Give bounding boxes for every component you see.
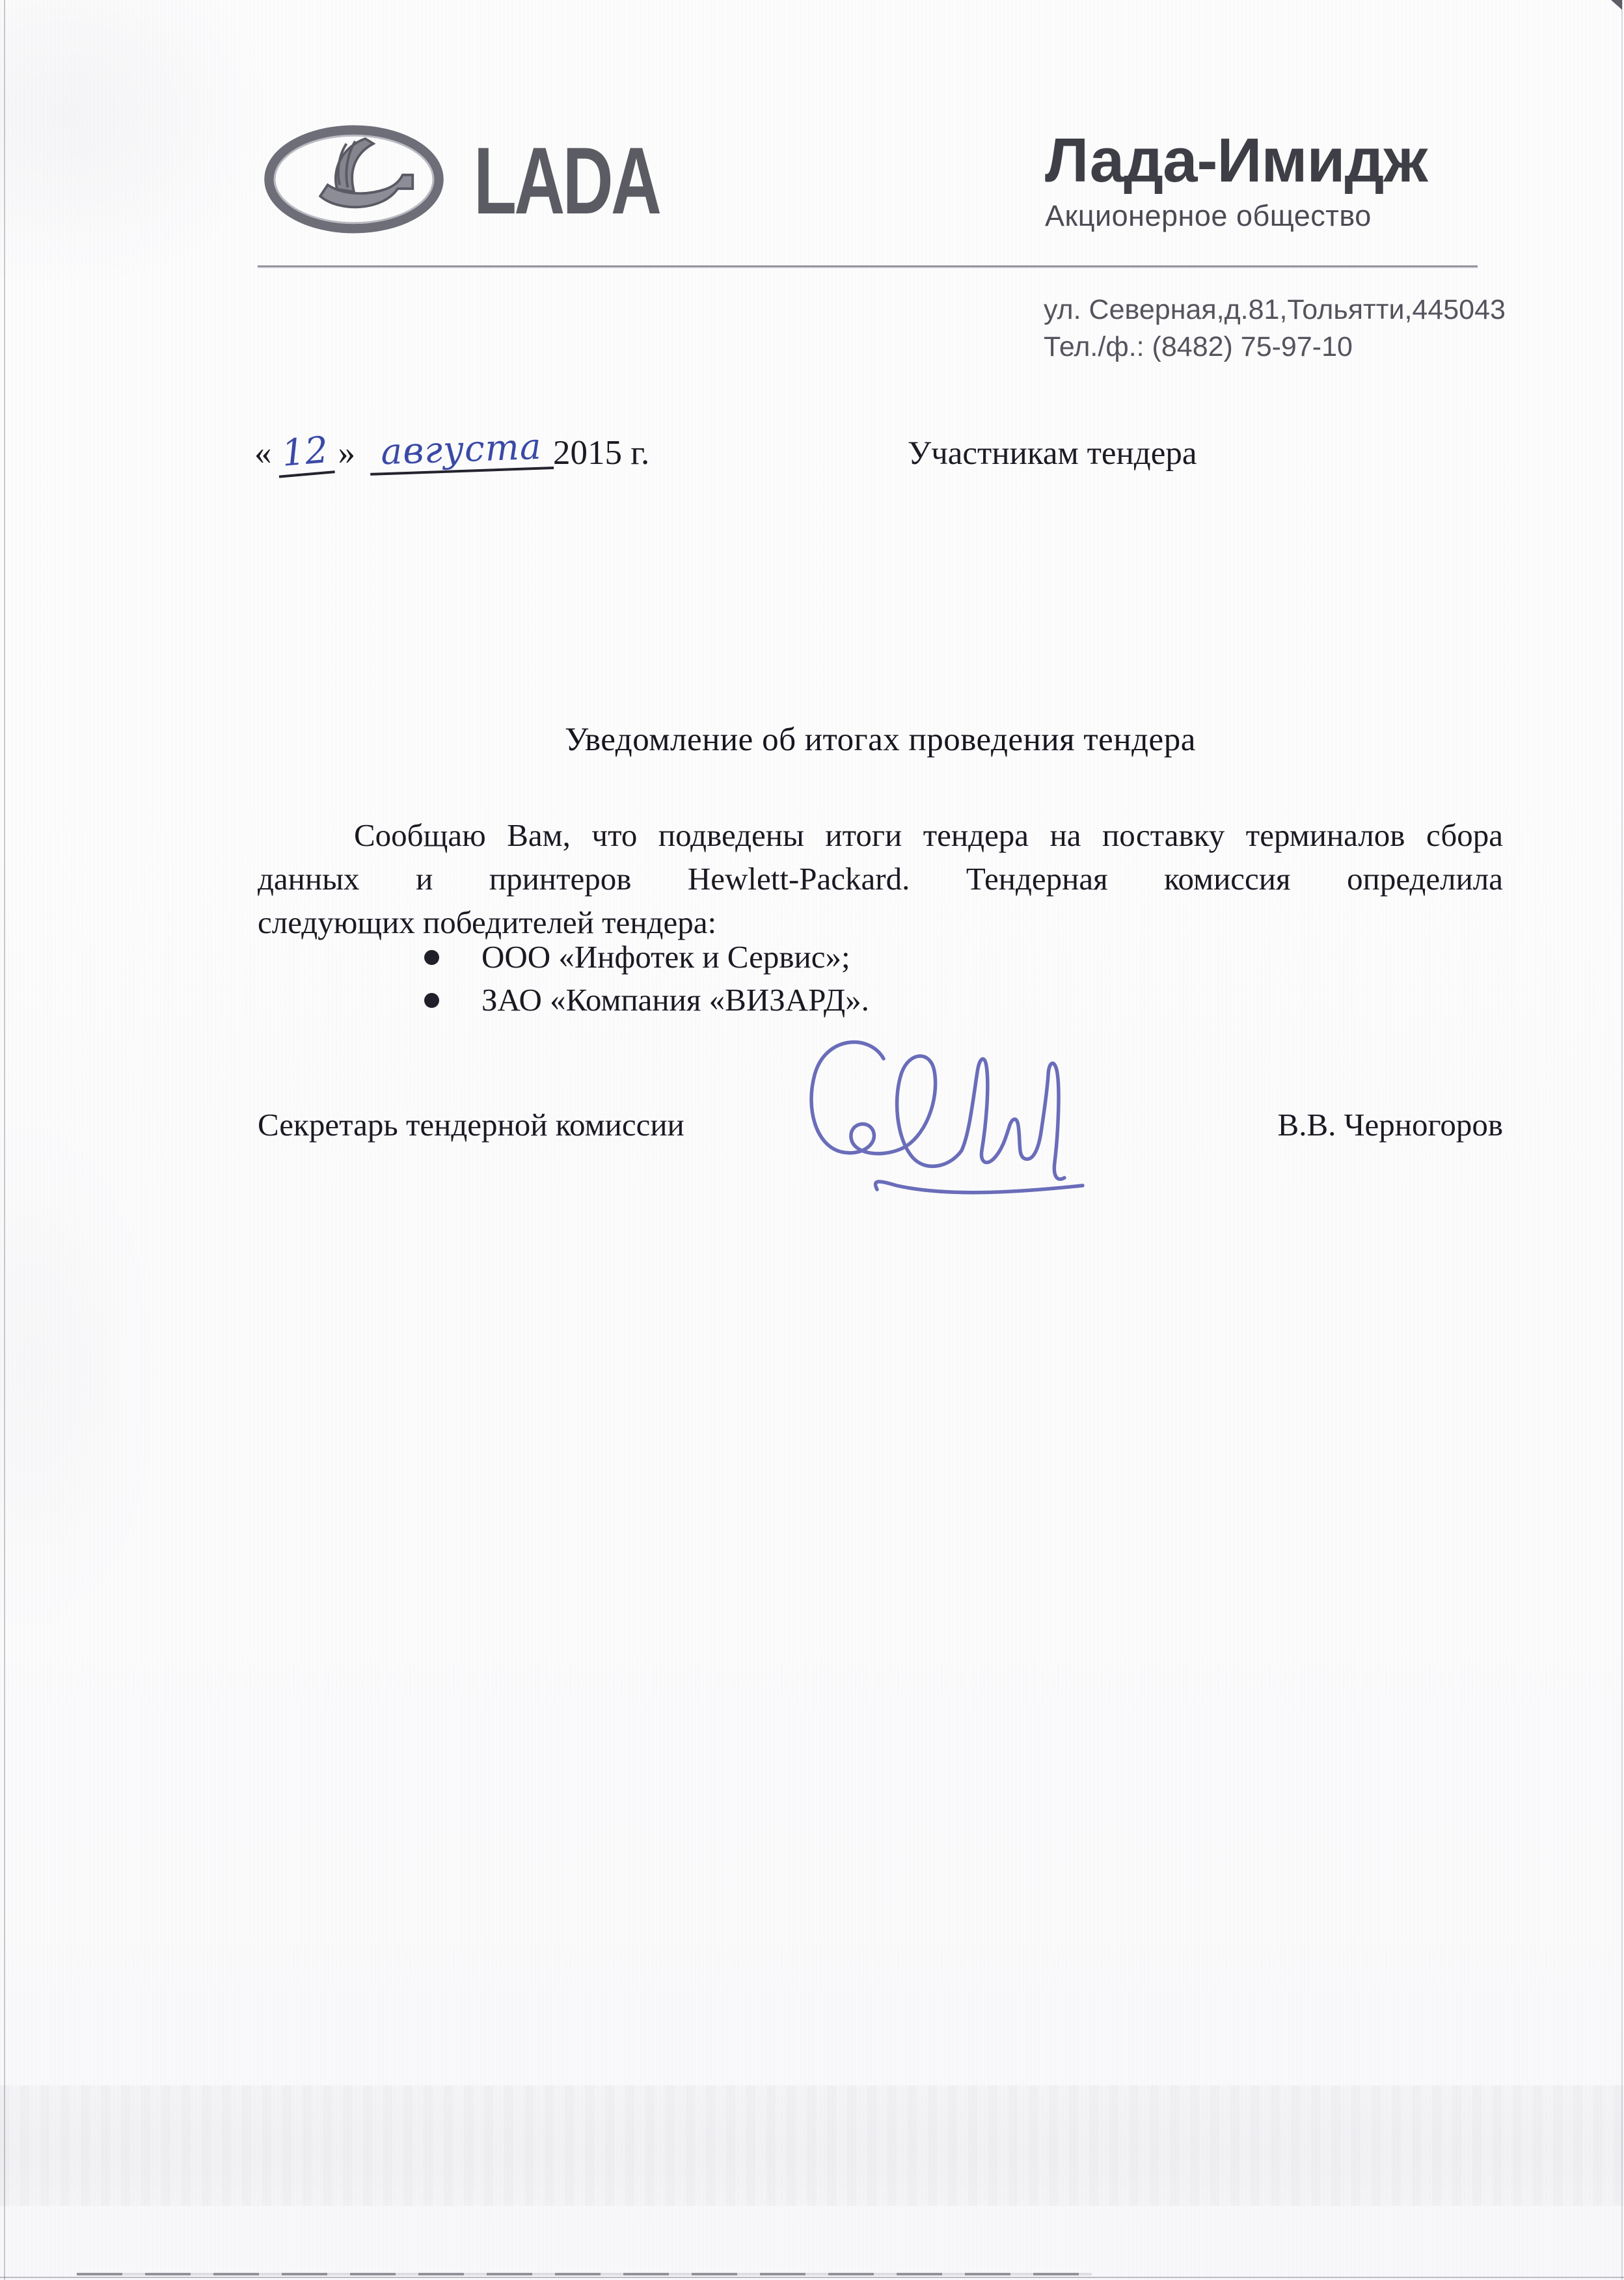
date-line: «12»августа2015 г. xyxy=(254,431,649,476)
winners-list: ООО «Инфотек и Сервис»; ЗАО «Компания «В… xyxy=(422,936,869,1022)
scan-edge-left xyxy=(4,0,5,2280)
letter-body: Сообщаю Вам, что подведены итоги тендера… xyxy=(258,813,1503,944)
date-year: 2015 г. xyxy=(553,432,649,474)
handwritten-month: августа xyxy=(369,425,554,476)
address-line: ул. Северная,д.81,Тольятти,445043 xyxy=(1044,292,1506,329)
winner-item: ООО «Инфотек и Сервис»; xyxy=(422,936,869,979)
scanned-letter-page: LADA Лада-Имидж Акционерное общество ул.… xyxy=(0,0,1624,2280)
scan-bottom-dashes xyxy=(77,2273,1092,2275)
scan-corner-mark xyxy=(1611,0,1622,10)
scan-noise-band xyxy=(0,2085,1624,2206)
phone-line: Тел./ф.: (8482) 75-97-10 xyxy=(1044,329,1506,366)
lada-boat-icon xyxy=(259,125,449,234)
date-open-quote: « xyxy=(254,432,272,474)
date-close-quote: » xyxy=(338,432,356,474)
body-line: Сообщаю Вам, что подведены итоги тендера… xyxy=(258,813,1503,857)
company-address: ул. Северная,д.81,Тольятти,445043 Тел./ф… xyxy=(1044,292,1506,366)
lada-logo: LADA xyxy=(259,125,725,234)
winner-item: ЗАО «Компания «ВИЗАРД». xyxy=(422,979,869,1022)
letter-title: Уведомление об итогах проведения тендера xyxy=(258,721,1503,759)
body-line: данных и принтеров Hewlett-Packard. Тенд… xyxy=(258,857,1503,901)
scan-edge-right xyxy=(1621,0,1623,2280)
lada-wordmark: LADA xyxy=(474,133,659,228)
addressee: Участникам тендера xyxy=(908,435,1197,472)
company-header: Лада-Имидж Акционерное общество xyxy=(1045,128,1552,233)
company-name: Лада-Имидж xyxy=(1045,128,1552,194)
scan-edge-bottom xyxy=(0,2277,1624,2278)
handwritten-day: 12 xyxy=(275,429,335,478)
letterhead-divider xyxy=(258,265,1478,269)
signature-handwriting-icon xyxy=(799,1029,1093,1226)
signer-role: Секретарь тендерной комиссии xyxy=(258,1106,684,1143)
company-type: Акционерное общество xyxy=(1045,199,1552,233)
signer-name: В.В. Черногоров xyxy=(1278,1106,1503,1143)
